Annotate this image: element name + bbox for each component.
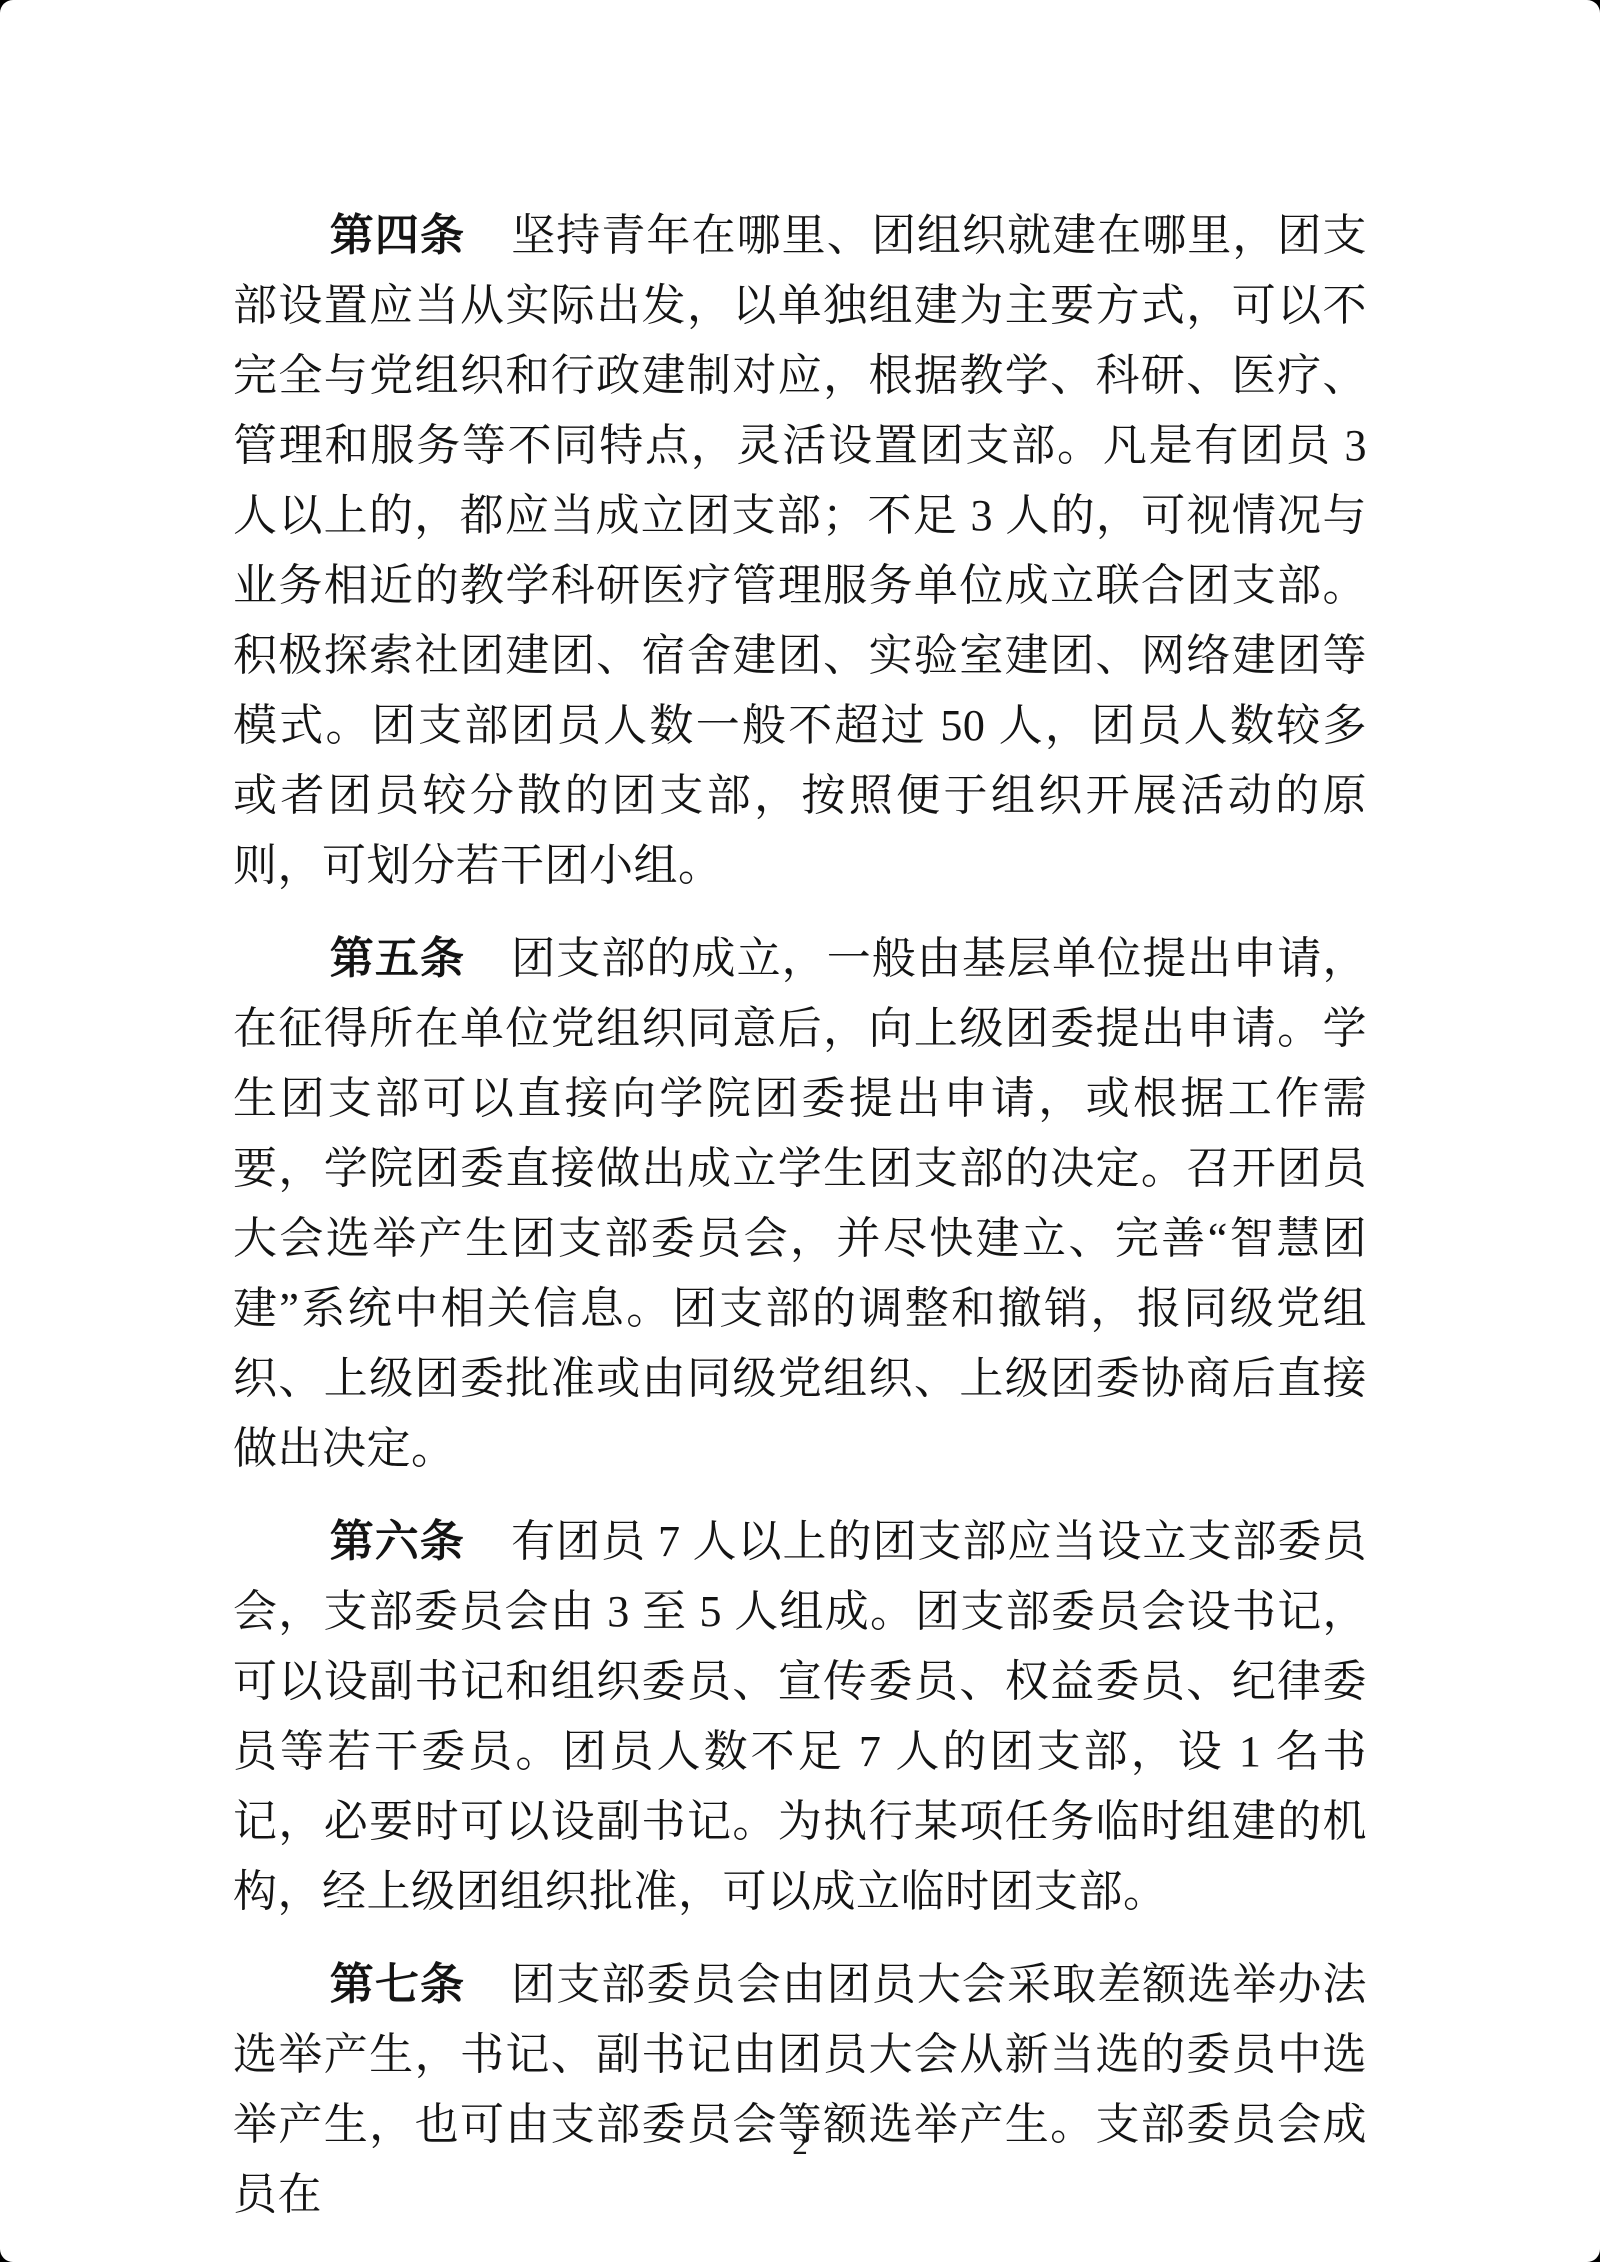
article-6-text: 有团员 7 人以上的团支部应当设立支部委员会，支部委员会由 3 至 5 人组成。… [233, 1517, 1367, 1916]
article-4-text: 坚持青年在哪里、团组织就建在哪里，团支部设置应当从实际出发，以单独组建为主要方式… [233, 211, 1367, 890]
paragraph-article-4: 第四条坚持青年在哪里、团组织就建在哪里，团支部设置应当从实际出发，以单独组建为主… [233, 201, 1367, 901]
paragraph-article-6: 第六条有团员 7 人以上的团支部应当设立支部委员会，支部委员会由 3 至 5 人… [233, 1507, 1367, 1927]
document-page: 第四条坚持青年在哪里、团组织就建在哪里，团支部设置应当从实际出发，以单独组建为主… [0, 0, 1600, 2262]
page-number: 2 [0, 2126, 1600, 2162]
paragraph-article-5: 第五条团支部的成立，一般由基层单位提出申请，在征得所在单位党组织同意后，向上级团… [233, 924, 1367, 1484]
article-7-heading: 第七条 [330, 1960, 465, 2009]
paragraph-article-7: 第七条团支部委员会由团员大会采取差额选举办法选举产生，书记、副书记由团员大会从新… [233, 1950, 1367, 2230]
article-4-heading: 第四条 [330, 211, 465, 260]
document-body: 第四条坚持青年在哪里、团组织就建在哪里，团支部设置应当从实际出发，以单独组建为主… [233, 201, 1367, 2230]
article-5-text: 团支部的成立，一般由基层单位提出申请，在征得所在单位党组织同意后，向上级团委提出… [233, 934, 1367, 1473]
article-6-heading: 第六条 [330, 1517, 465, 1566]
article-5-heading: 第五条 [330, 934, 465, 983]
